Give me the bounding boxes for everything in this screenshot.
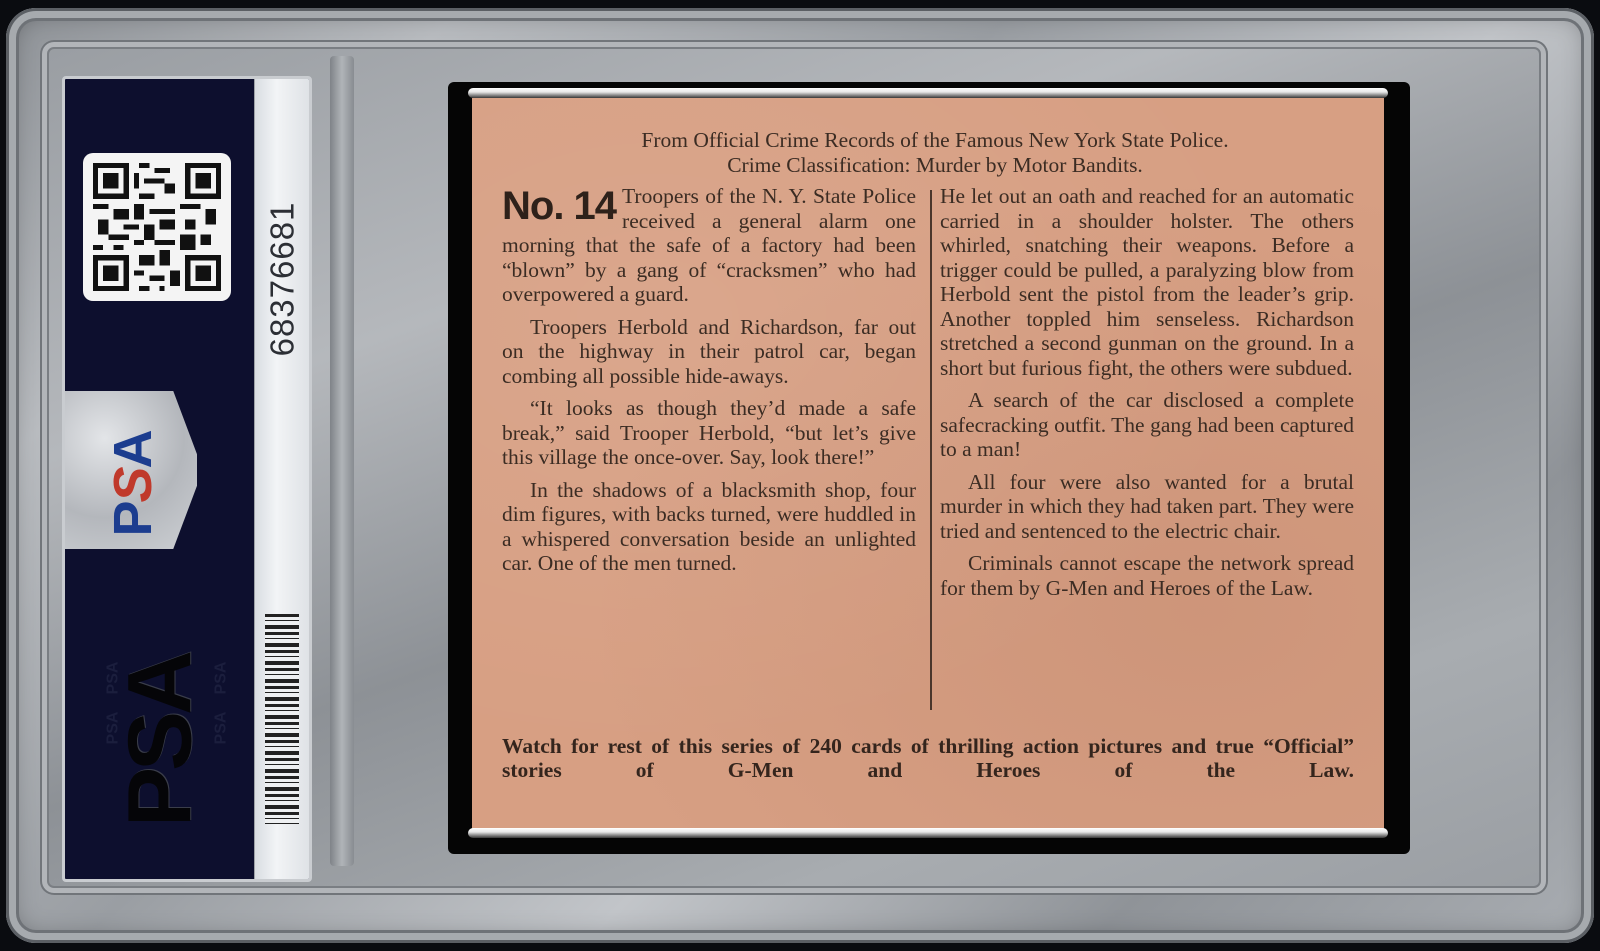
sleeve-edge-bottom <box>468 828 1388 838</box>
column-divider <box>930 190 932 710</box>
sleeve-edge-top <box>468 88 1388 98</box>
cert-strip: 68376681 <box>254 79 309 879</box>
psa-watermark: PSA <box>212 662 230 695</box>
psa-logo-text: PSA <box>102 424 164 544</box>
trading-card-back: From Official Crime Records of the Famou… <box>472 98 1384 832</box>
card-number: No. 14 <box>502 186 616 226</box>
story-right-column: He let out an oath and reached for an au… <box>940 184 1354 608</box>
psa-watermark: PSA <box>104 662 122 695</box>
qr-code-icon <box>83 153 231 301</box>
story-paragraph: All four were also wanted for a brutal m… <box>940 470 1354 544</box>
card-header: From Official Crime Records of the Famou… <box>500 128 1370 178</box>
story-paragraph: Troopers Herbold and Richardson, far out… <box>502 315 916 389</box>
psa-label: PSA PSA PSA PSA PSA PSA 68376681 <box>62 76 312 882</box>
header-line-1: From Official Crime Records of the Famou… <box>500 128 1370 153</box>
psa-watermark: PSA <box>104 712 122 745</box>
story-paragraph: Criminals cannot escape the network spre… <box>940 551 1354 600</box>
header-line-2: Crime Classification: Murder by Motor Ba… <box>500 153 1370 178</box>
story-paragraph: A search of the car disclosed a complete… <box>940 388 1354 462</box>
story-paragraph: In the shadows of a blacksmith shop, fou… <box>502 478 916 576</box>
barcode-icon <box>265 614 299 824</box>
story-left-column: No. 14Troopers of the N. Y. State Police… <box>502 184 916 584</box>
psa-watermark: PSA <box>212 712 230 745</box>
story-paragraph: No. 14Troopers of the N. Y. State Police… <box>502 184 916 307</box>
label-divider-rail <box>330 56 354 866</box>
story-paragraph: “It looks as though they’d made a safe b… <box>502 396 916 470</box>
story-paragraph: He let out an oath and reached for an au… <box>940 184 1354 380</box>
cert-number: 68376681 <box>267 149 297 409</box>
psa-logo-badge: PSA <box>65 391 197 549</box>
card-footer: Watch for rest of this series of 240 car… <box>502 734 1354 782</box>
